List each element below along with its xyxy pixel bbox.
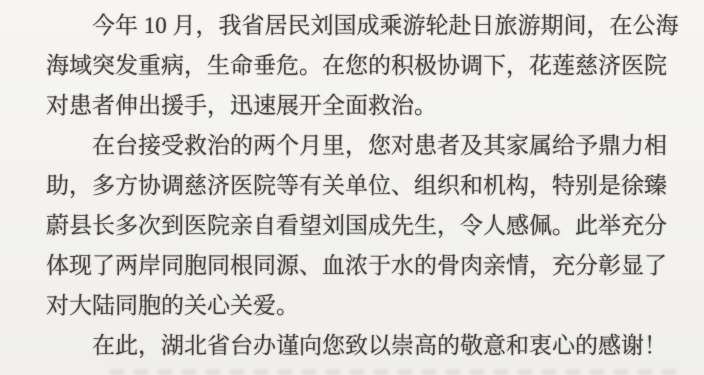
- text-line: 对患者伸出援手，迅速展开全面救治。: [46, 86, 664, 126]
- cutoff-next-line-artifact: [110, 369, 684, 375]
- paragraph-2: 在台接受救治的两个月里，您对患者及其家属给予鼎力相 助，多方协调慈济医院等有关单…: [46, 126, 664, 326]
- text-line: 蔚县长多次到医院亲自看望刘国成先生，令人感佩。此举充分: [46, 206, 664, 246]
- text-line: 海域突发重病，生命垂危。在您的积极协调下，花莲慈济医院: [46, 46, 664, 86]
- paragraph-1: 今年 10 月，我省居民刘国成乘游轮赴日旅游期间，在公海 海域突发重病，生命垂危…: [46, 6, 664, 126]
- paragraph-3: 在此，湖北省台办谨向您致以崇高的敬意和衷心的感谢！: [46, 326, 664, 366]
- text-line: 对大陆同胞的关心关爱。: [46, 286, 664, 326]
- text-line: 助，多方协调慈济医院等有关单位、组织和机构，特别是徐臻: [46, 166, 664, 206]
- scanned-letter-page: 今年 10 月，我省居民刘国成乘游轮赴日旅游期间，在公海 海域突发重病，生命垂危…: [0, 0, 704, 375]
- text-line: 今年 10 月，我省居民刘国成乘游轮赴日旅游期间，在公海: [46, 6, 664, 46]
- text-line: 在台接受救治的两个月里，您对患者及其家属给予鼎力相: [46, 126, 664, 166]
- text-line: 在此，湖北省台办谨向您致以崇高的敬意和衷心的感谢！: [46, 326, 664, 366]
- text-line: 体现了两岸同胞同根同源、血浓于水的骨肉亲情，充分彰显了: [46, 246, 664, 286]
